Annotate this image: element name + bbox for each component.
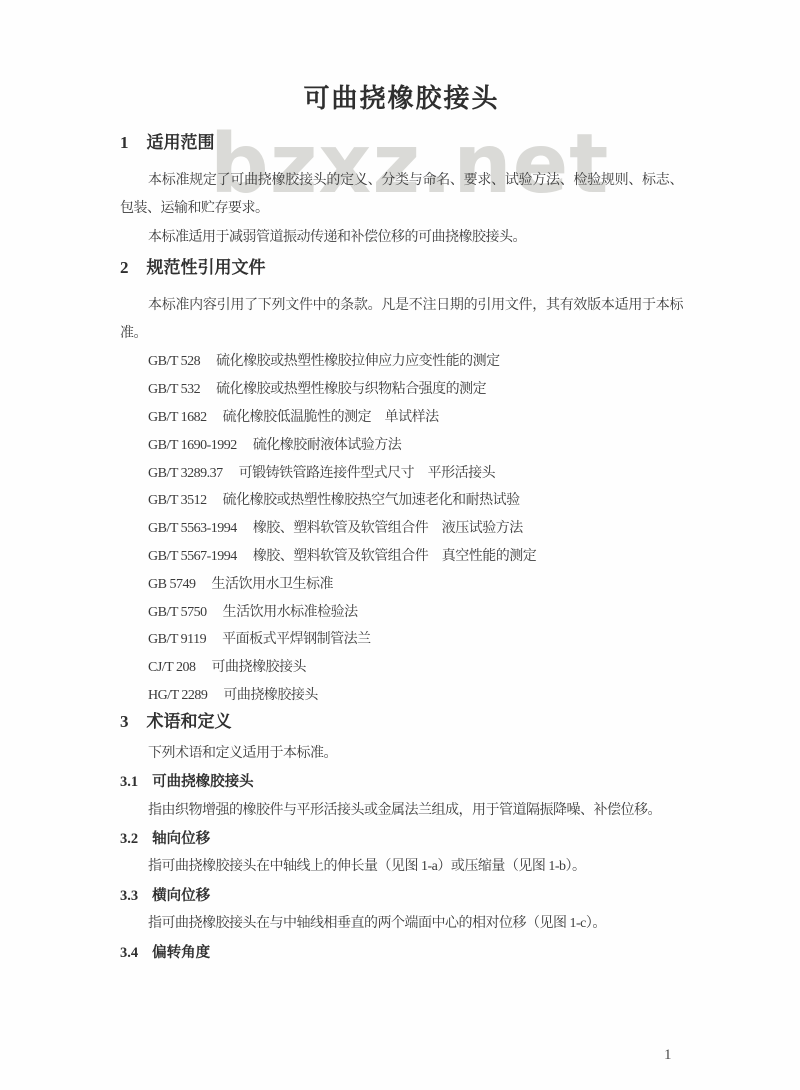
reference-item: HG/T 2289可曲挠橡胶接头 xyxy=(148,682,683,710)
term-3-2-number: 3.2 xyxy=(120,831,138,847)
section-3-number: 3 xyxy=(120,712,129,731)
section-2-heading-text: 规范性引用文件 xyxy=(147,258,266,277)
reference-item: GB 5749生活饮用水卫生标准 xyxy=(148,571,683,599)
reference-item: CJ/T 208可曲挠橡胶接头 xyxy=(148,654,683,682)
reference-code: GB/T 1682 xyxy=(148,410,207,425)
reference-title: 可锻铸铁管路连接件型式尺寸 平形活接头 xyxy=(239,466,496,481)
reference-code: GB/T 5750 xyxy=(148,605,207,620)
term-3-4-number: 3.4 xyxy=(120,945,138,961)
reference-code: GB/T 3289.37 xyxy=(148,466,223,481)
reference-code: GB/T 5567-1994 xyxy=(148,549,237,564)
section-3-intro: 下列术语和定义适用于本标准。 xyxy=(120,740,683,768)
reference-code: GB/T 1690-1992 xyxy=(148,438,237,453)
term-3-2-heading: 3.2轴向位移 xyxy=(120,825,683,853)
reference-code: GB/T 5563-1994 xyxy=(148,521,237,536)
term-3-3-name: 横向位移 xyxy=(152,888,210,904)
term-3-3-number: 3.3 xyxy=(120,888,138,904)
section-2-heading: 2规范性引用文件 xyxy=(120,256,683,280)
reference-item: GB/T 3289.37可锻铸铁管路连接件型式尺寸 平形活接头 xyxy=(148,460,683,488)
reference-item: GB/T 528硫化橡胶或热塑性橡胶拉伸应力应变性能的测定 xyxy=(148,348,683,376)
reference-title: 硫化橡胶或热塑性橡胶热空气加速老化和耐热试验 xyxy=(223,493,520,508)
reference-list: GB/T 528硫化橡胶或热塑性橡胶拉伸应力应变性能的测定 GB/T 532硫化… xyxy=(120,348,683,709)
term-3-4-heading: 3.4偏转角度 xyxy=(120,939,683,967)
term-3-2-definition: 指可曲挠橡胶接头在中轴线上的伸长量（见图 1-a）或压缩量（见图 1-b）。 xyxy=(120,853,683,881)
document-page: bzxz.net 可曲挠橡胶接头 1适用范围 本标准规定了可曲挠橡胶接头的定义、… xyxy=(0,0,800,1090)
page-number: 1 xyxy=(664,1046,672,1064)
reference-code: GB/T 3512 xyxy=(148,493,207,508)
section-1-number: 1 xyxy=(120,133,129,152)
reference-code: HG/T 2289 xyxy=(148,688,207,703)
section-2-intro: 本标准内容引用了下列文件中的条款。凡是不注日期的引用文件，其有效版本适用于本标准… xyxy=(120,292,683,349)
reference-title: 生活饮用水标准检验法 xyxy=(223,605,358,620)
section-3-body: 下列术语和定义适用于本标准。 3.1可曲挠橡胶接头 指由织物增强的橡胶件与平形活… xyxy=(120,740,683,967)
reference-item: GB/T 532硫化橡胶或热塑性橡胶与织物粘合强度的测定 xyxy=(148,376,683,404)
term-3-4-name: 偏转角度 xyxy=(152,945,210,961)
term-3-1-definition: 指由织物增强的橡胶件与平形活接头或金属法兰组成，用于管道隔振降噪、补偿位移。 xyxy=(120,797,683,825)
reference-title: 硫化橡胶低温脆性的测定 单试样法 xyxy=(223,410,439,425)
reference-title: 可曲挠橡胶接头 xyxy=(223,688,318,703)
section-2-number: 2 xyxy=(120,258,129,277)
term-3-1-name: 可曲挠橡胶接头 xyxy=(152,774,254,790)
section-1-heading-text: 适用范围 xyxy=(147,133,215,152)
term-3-3-heading: 3.3横向位移 xyxy=(120,882,683,910)
reference-title: 橡胶、塑料软管及软管组合件 液压试验方法 xyxy=(253,521,523,536)
reference-title: 可曲挠橡胶接头 xyxy=(211,660,306,675)
reference-title: 橡胶、塑料软管及软管组合件 真空性能的测定 xyxy=(253,549,537,564)
reference-item: GB/T 3512硫化橡胶或热塑性橡胶热空气加速老化和耐热试验 xyxy=(148,487,683,515)
reference-item: GB/T 1682硫化橡胶低温脆性的测定 单试样法 xyxy=(148,404,683,432)
section-1-heading: 1适用范围 xyxy=(120,131,683,155)
section-3-heading-text: 术语和定义 xyxy=(147,712,232,731)
term-3-3-definition: 指可曲挠橡胶接头在与中轴线相垂直的两个端面中心的相对位移（见图 1-c）。 xyxy=(120,910,683,938)
reference-item: GB/T 5563-1994橡胶、塑料软管及软管组合件 液压试验方法 xyxy=(148,515,683,543)
term-3-1-number: 3.1 xyxy=(120,774,138,790)
document-title: 可曲挠橡胶接头 xyxy=(120,83,683,113)
reference-title: 硫化橡胶或热塑性橡胶与织物粘合强度的测定 xyxy=(216,382,486,397)
document-content: 可曲挠橡胶接头 1适用范围 本标准规定了可曲挠橡胶接头的定义、分类与命名、要求、… xyxy=(0,0,800,967)
reference-title: 平面板式平焊钢制管法兰 xyxy=(222,632,371,647)
section-1-paragraph-2: 本标准适用于减弱管道振动传递和补偿位移的可曲挠橡胶接头。 xyxy=(120,224,683,252)
term-3-2-name: 轴向位移 xyxy=(152,831,210,847)
term-3-1-heading: 3.1可曲挠橡胶接头 xyxy=(120,768,683,796)
reference-title: 硫化橡胶或热塑性橡胶拉伸应力应变性能的测定 xyxy=(216,354,500,369)
section-3-heading: 3术语和定义 xyxy=(120,710,683,734)
reference-code: GB/T 532 xyxy=(148,382,200,397)
reference-title: 生活饮用水卫生标准 xyxy=(211,577,333,592)
reference-code: GB/T 528 xyxy=(148,354,200,369)
section-1-paragraph-1: 本标准规定了可曲挠橡胶接头的定义、分类与命名、要求、试验方法、检验规则、标志、包… xyxy=(120,167,683,224)
reference-title: 硫化橡胶耐液体试验方法 xyxy=(253,438,402,453)
reference-code: CJ/T 208 xyxy=(148,660,195,675)
reference-item: GB/T 1690-1992硫化橡胶耐液体试验方法 xyxy=(148,432,683,460)
reference-item: GB/T 5567-1994橡胶、塑料软管及软管组合件 真空性能的测定 xyxy=(148,543,683,571)
reference-code: GB/T 9119 xyxy=(148,632,206,647)
reference-item: GB/T 9119平面板式平焊钢制管法兰 xyxy=(148,626,683,654)
reference-code: GB 5749 xyxy=(148,577,195,592)
reference-item: GB/T 5750生活饮用水标准检验法 xyxy=(148,599,683,627)
